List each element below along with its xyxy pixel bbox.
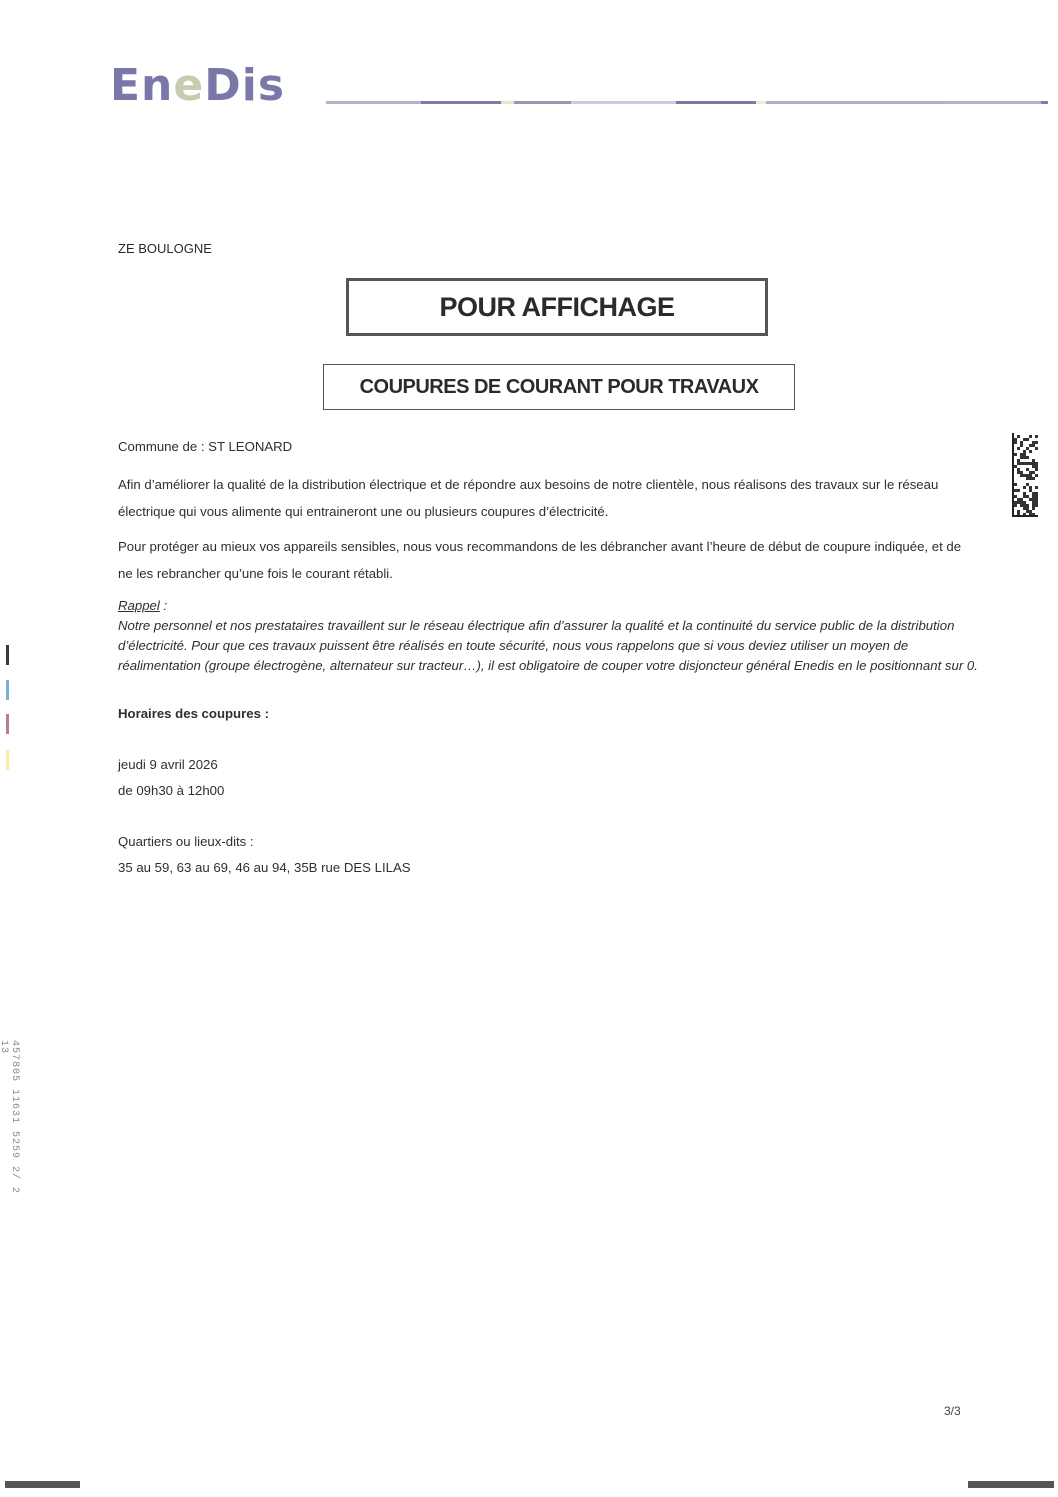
- title-box: POUR AFFICHAGE: [346, 278, 768, 336]
- side-reference-code: 457805 11631 5259 2/ 2 13: [0, 1040, 20, 1215]
- print-mark-yellow: [6, 750, 9, 770]
- horaires-title: Horaires des coupures :: [118, 704, 269, 724]
- commune-value: ST LEONARD: [208, 439, 292, 454]
- datamatrix-icon: [1010, 431, 1040, 519]
- subtitle-text: COUPURES DE COURANT POUR TRAVAUX: [360, 376, 759, 399]
- rappel-text: Notre personnel et nos prestataires trav…: [118, 616, 978, 676]
- commune-line: Commune de : ST LEONARD: [118, 437, 292, 457]
- commune-label: Commune de :: [118, 439, 205, 454]
- lieux-block: Quartiers ou lieux-dits : 35 au 59, 63 a…: [118, 829, 411, 881]
- subtitle-box: COUPURES DE COURANT POUR TRAVAUX: [323, 364, 795, 410]
- zone-label: ZE BOULOGNE: [118, 241, 212, 256]
- title-text: POUR AFFICHAGE: [440, 292, 675, 323]
- rappel-label: Rappel: [118, 598, 160, 613]
- page-number: 3/3: [944, 1404, 961, 1418]
- lieux-value: 35 au 59, 63 au 69, 46 au 94, 35B rue DE…: [118, 855, 411, 881]
- lieux-label: Quartiers ou lieux-dits :: [118, 829, 411, 855]
- datamatrix-code: [1010, 431, 1040, 519]
- outage-time: de 09h30 à 12h00: [118, 778, 224, 804]
- outage-date: jeudi 9 avril 2026: [118, 752, 224, 778]
- rappel-section: Rappel : Notre personnel et nos prestata…: [118, 596, 978, 676]
- scan-bar-right: [968, 1481, 1054, 1488]
- enedis-logo: EneDis: [110, 62, 285, 110]
- header-divider: [326, 101, 1048, 104]
- paragraph-intro: Afin d’améliorer la qualité de la distri…: [118, 471, 978, 525]
- print-mark-black: [6, 645, 9, 665]
- paragraph-recommendation: Pour protéger au mieux vos appareils sen…: [118, 533, 978, 587]
- print-mark-magenta: [6, 714, 9, 734]
- horaires-block: jeudi 9 avril 2026 de 09h30 à 12h00: [118, 752, 224, 804]
- scan-bar-left: [5, 1481, 80, 1488]
- print-mark-cyan: [6, 680, 9, 700]
